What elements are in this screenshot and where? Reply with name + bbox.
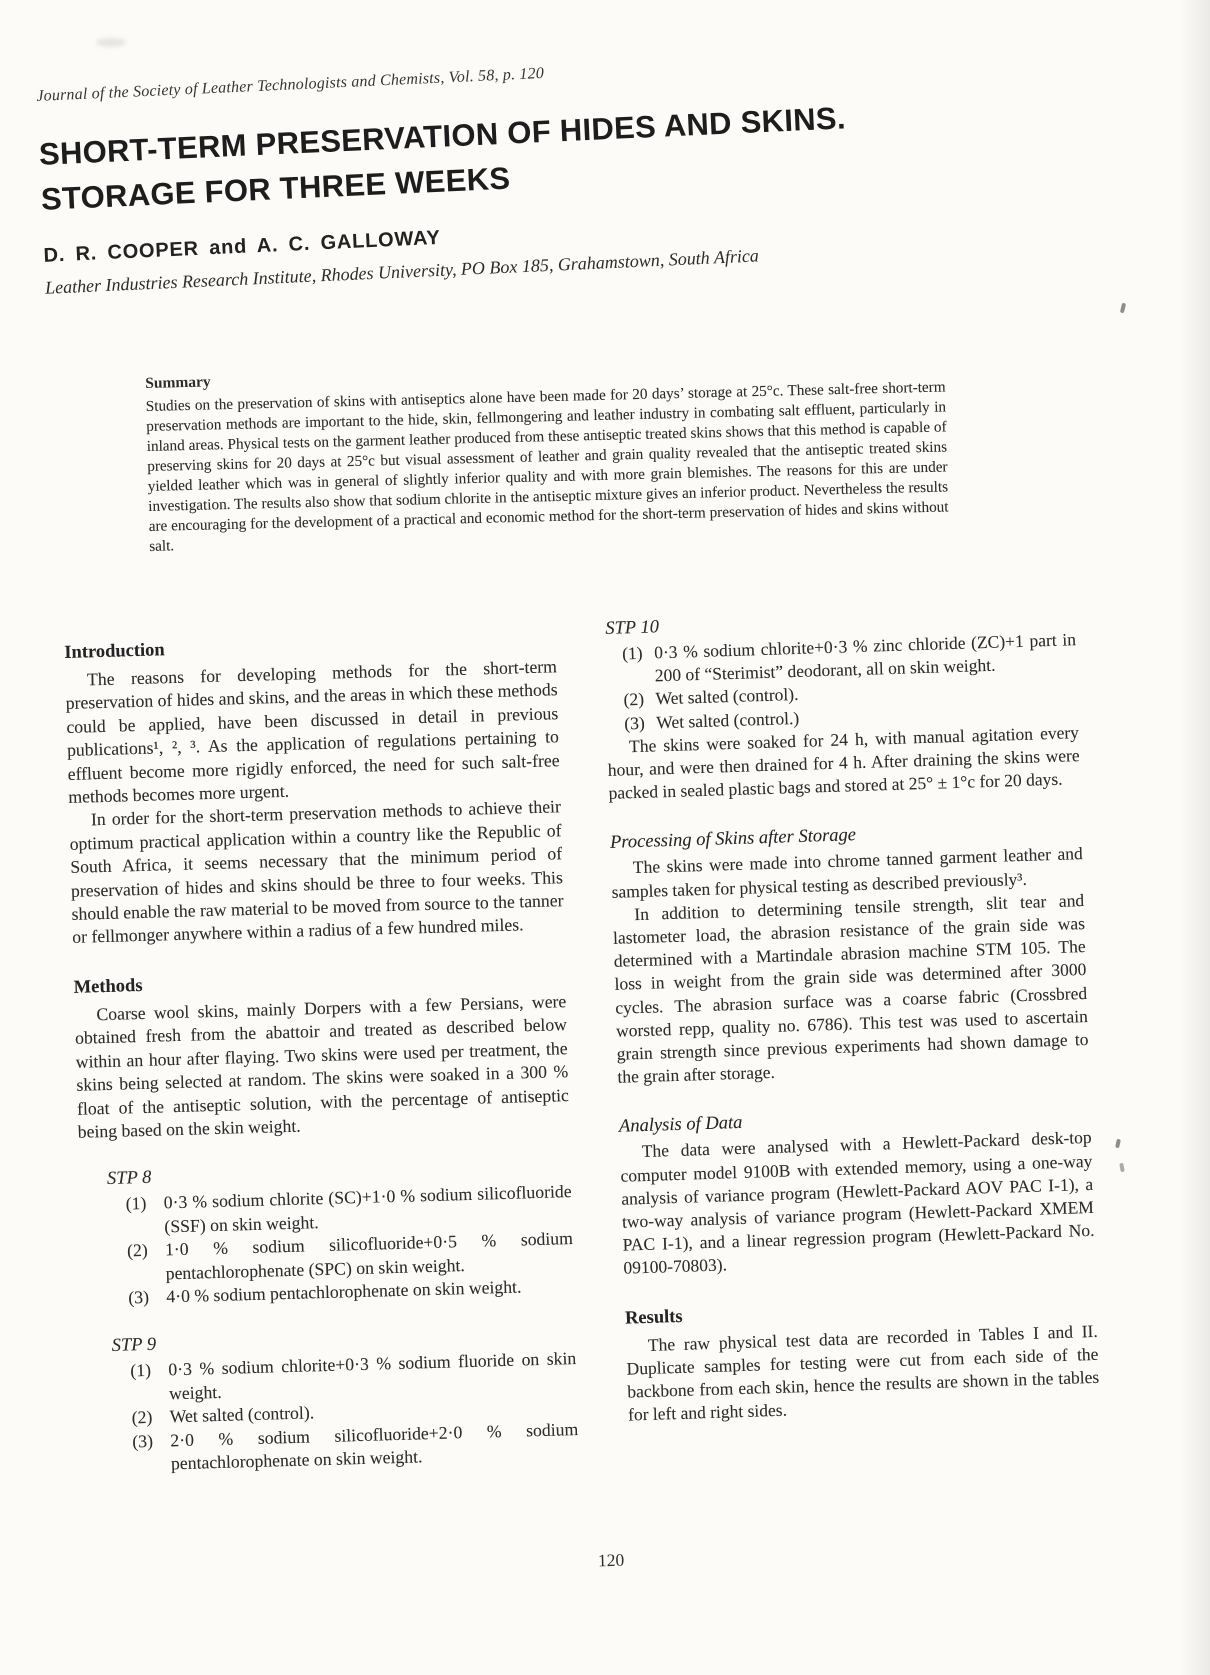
stp10-block: STP 10 (1) 0·3 % sodium chlorite+0·3 % z… [603, 602, 1078, 736]
page-number: 120 [598, 1550, 625, 1572]
analysis-paragraph: The data were analysed with a Hewlett-Pa… [619, 1126, 1095, 1280]
summary-section: Summary Studies on the preservation of s… [145, 354, 949, 556]
methods-paragraph: Coarse wool skins, mainly Dorpers with a… [74, 990, 570, 1144]
introduction-paragraph-2: In order for the short-term preservation… [69, 796, 565, 950]
page-edge-shadow [1180, 0, 1210, 1675]
list-item-text: 2·0 % sodium silicofluoride+2·0 % sodium… [170, 1418, 579, 1476]
introduction-paragraph-1: The reasons for developing methods for t… [65, 655, 561, 809]
scanned-paper-page: Journal of the Society of Leather Techno… [0, 0, 1210, 1675]
paper-header: Journal of the Society of Leather Techno… [36, 46, 965, 299]
list-item-number: (3) [132, 1429, 171, 1477]
left-column: Introduction The reasons for developing … [64, 627, 579, 1478]
processing-paragraph-2: In addition to determining tensile stren… [612, 889, 1090, 1089]
paper-title: SHORT-TERM PRESERVATION OF HIDES AND SKI… [38, 90, 961, 222]
list-item-number: (2) [623, 688, 656, 712]
scan-speck [1119, 1163, 1125, 1173]
list-item-number: (2) [127, 1239, 166, 1287]
list-item-number: (2) [131, 1406, 170, 1430]
scan-speck [1120, 303, 1126, 314]
right-column: STP 10 (1) 0·3 % sodium chlorite+0·3 % z… [603, 602, 1100, 1427]
list-item-number: (3) [128, 1285, 167, 1309]
stp8-block: STP 8 (1) 0·3 % sodium chlorite (SC)+1·0… [79, 1154, 575, 1311]
results-paragraph: The raw physical test data are recorded … [626, 1319, 1101, 1427]
summary-body: Studies on the preservation of skins wit… [146, 377, 950, 556]
list-item-number: (1) [622, 641, 655, 688]
stp9-block: STP 9 (1) 0·3 % sodium chlorite+0·3 % so… [83, 1321, 579, 1478]
list-item-number: (1) [125, 1192, 164, 1240]
soaking-paragraph: The skins were soaked for 24 h, with man… [607, 721, 1081, 805]
scan-speck [1115, 1139, 1121, 1149]
list-item-number: (1) [130, 1359, 169, 1407]
scan-smudge [96, 38, 126, 47]
list-item-number: (3) [624, 711, 657, 735]
